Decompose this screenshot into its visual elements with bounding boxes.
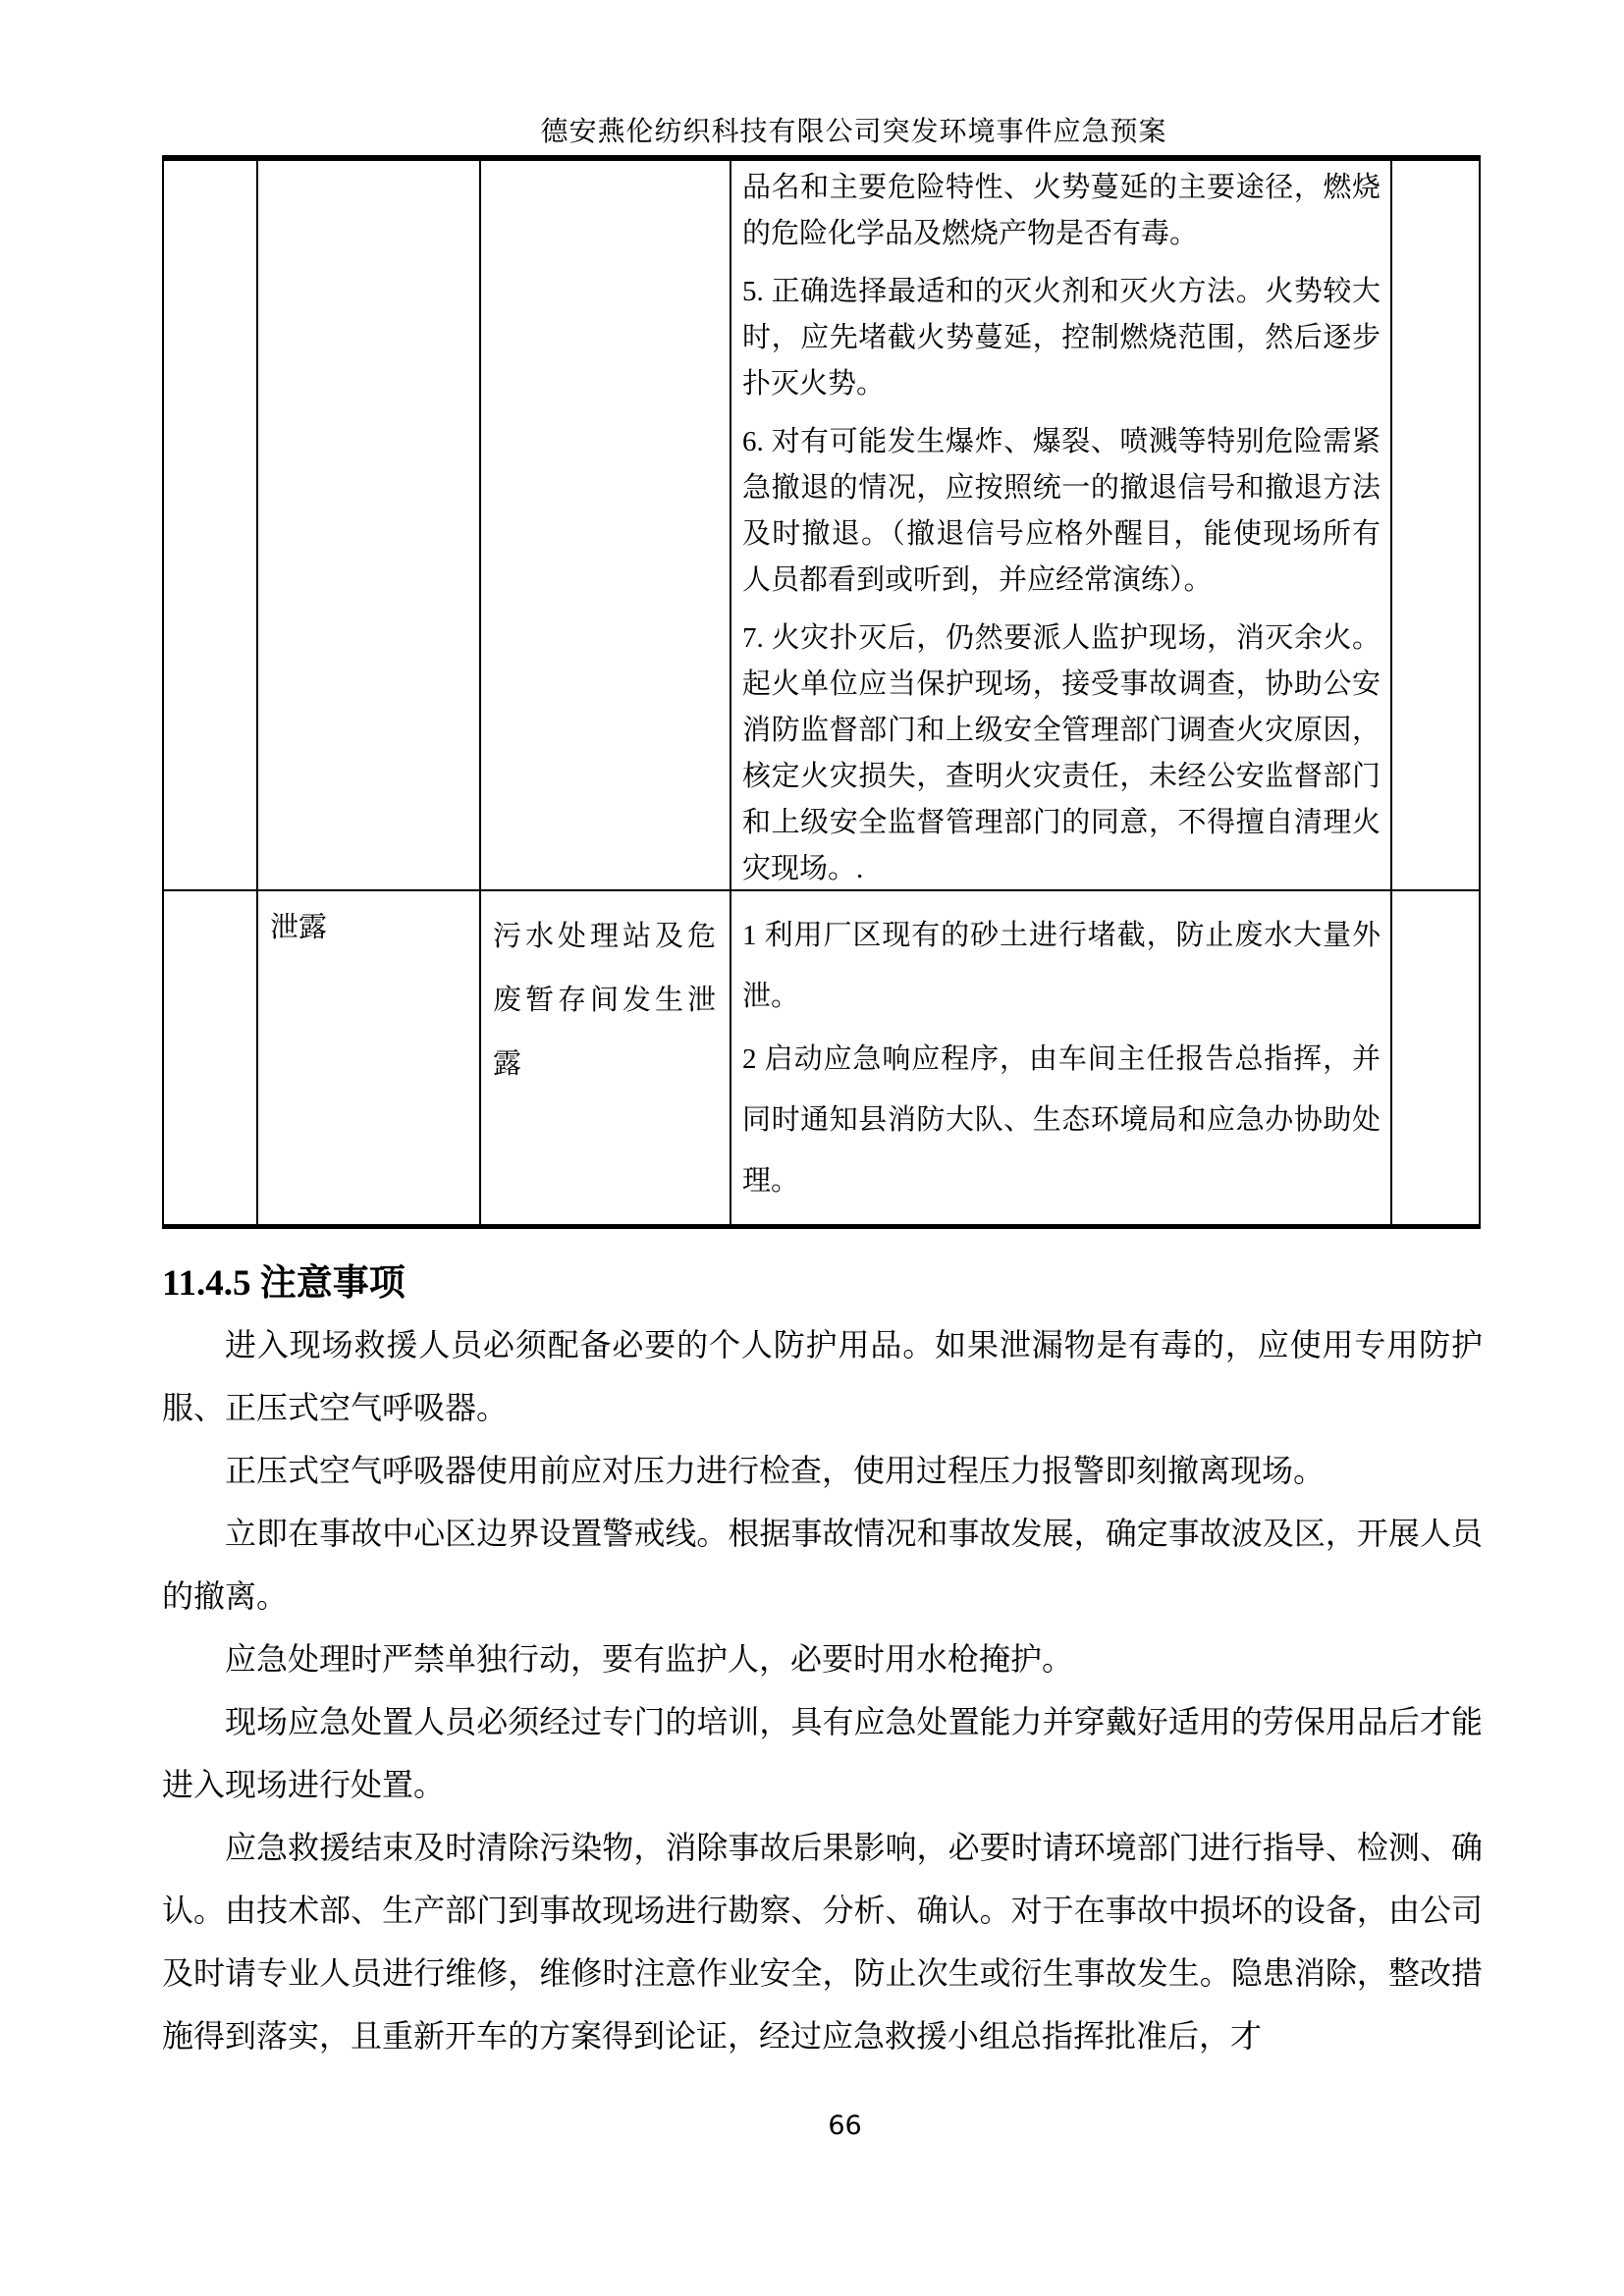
- section-heading: 11.4.5 注意事项: [162, 1253, 406, 1306]
- table-cell-measures: 品名和主要危险特性、火势蔓延的主要途径，燃烧的危险化学品及燃烧产物是否有毒。 5…: [731, 161, 1392, 891]
- body-paragraph: 进入现场救援人员必须配备必要的个人防护用品。如果泄漏物是有毒的，应使用专用防护服…: [162, 1313, 1483, 1439]
- section-body: 进入现场救援人员必须配备必要的个人防护用品。如果泄漏物是有毒的，应使用专用防护服…: [162, 1313, 1483, 2067]
- body-paragraph: 应急处理时严禁单独行动，要有监护人，必要时用水枪掩护。: [162, 1628, 1483, 1690]
- measure-paragraph: 6. 对有可能发生爆炸、爆裂、喷溅等特别危险需紧急撤退的情况，应按照统一的撤退信…: [742, 419, 1380, 604]
- emergency-measures-table: 品名和主要危险特性、火势蔓延的主要途径，燃烧的危险化学品及燃烧产物是否有毒。 5…: [162, 155, 1481, 1229]
- measure-paragraph: 品名和主要危险特性、火势蔓延的主要途径，燃烧的危险化学品及燃烧产物是否有毒。: [742, 165, 1380, 257]
- body-paragraph: 现场应急处置人员必须经过专门的培训，具有应急处置能力并穿戴好适用的劳保用品后才能…: [162, 1690, 1483, 1816]
- table-cell-blank: [1392, 161, 1479, 891]
- measure-paragraph: 5. 正确选择最适和的灭火剂和灭火方法。火势较大时，应先堵截火势蔓延，控制燃烧范…: [742, 269, 1380, 407]
- table-cell-blank: [164, 891, 258, 1224]
- table-cell-description: 污水处理站及危废暂存间发生泄露: [481, 891, 731, 1224]
- table-cell-blank: [164, 161, 258, 891]
- page-number: 66: [162, 2110, 1481, 2141]
- body-paragraph: 立即在事故中心区边界设置警戒线。根据事故情况和事故发展，确定事故波及区，开展人员…: [162, 1502, 1483, 1628]
- document-page: 德安燕伦纺织科技有限公司突发环境事件应急预案 品名和主要危险特性、火势蔓延的主要…: [0, 0, 1624, 2296]
- body-paragraph: 正压式空气呼吸器使用前应对压力进行检查，使用过程压力报警即刻撤离现场。: [162, 1439, 1483, 1502]
- measure-paragraph: 7. 火灾扑灭后，仍然要派人监护现场，消灭余火。起火单位应当保护现场，接受事故调…: [742, 615, 1380, 891]
- body-paragraph: 应急救援结束及时清除污染物，消除事故后果影响，必要时请环境部门进行指导、检测、确…: [162, 1816, 1483, 2067]
- table-cell-blank: [1392, 891, 1479, 1224]
- measure-paragraph: 2 启动应急响应程序，由车间主任报告总指挥，并同时通知县消防大队、生态环境局和应…: [742, 1029, 1380, 1211]
- table-cell-accident-type: 泄露: [258, 891, 481, 1224]
- measure-paragraph: 1 利用厂区现有的砂土进行堵截，防止废水大量外泄。: [742, 905, 1380, 1027]
- table-cell-accident-type: [258, 161, 481, 891]
- table-cell-description: [481, 161, 731, 891]
- table-cell-measures: 1 利用厂区现有的砂土进行堵截，防止废水大量外泄。 2 启动应急响应程序，由车间…: [731, 891, 1392, 1224]
- document-header-title: 德安燕伦纺织科技有限公司突发环境事件应急预案: [162, 110, 1481, 149]
